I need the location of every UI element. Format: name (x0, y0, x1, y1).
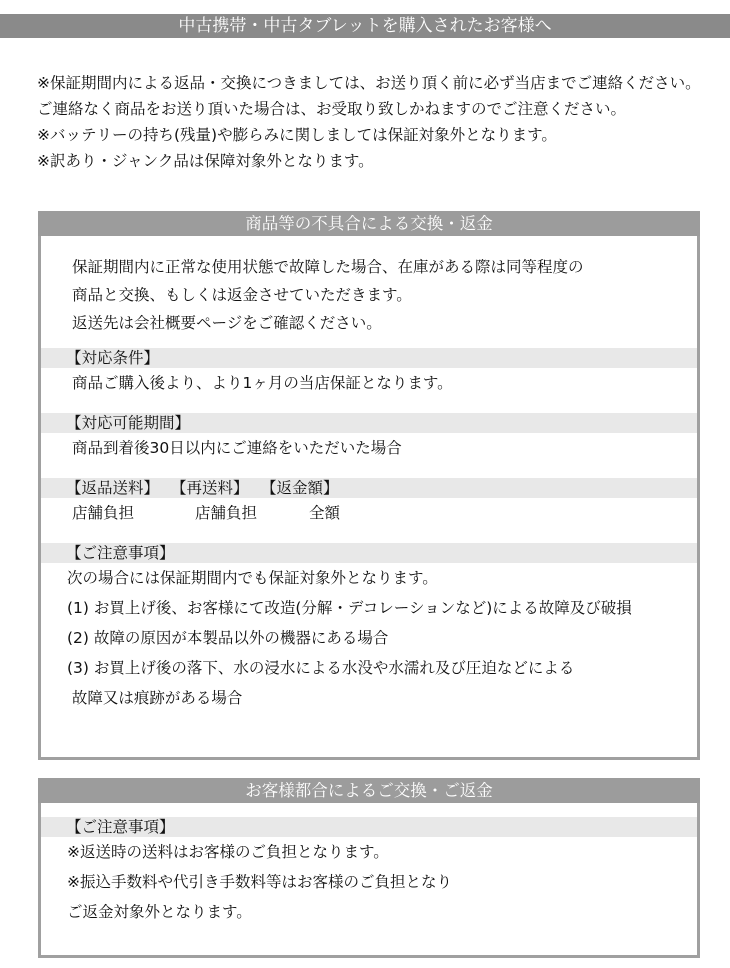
note-line: ※返送時の送料はお客様のご負担となります。 (41, 837, 697, 867)
customer-exchange-section: お客様都合によるご交換・ご返金 【ご注意事項】 ※返送時の送料はお客様のご負担と… (38, 778, 700, 958)
section-title: お客様都合によるご交換・ご返金 (38, 778, 700, 803)
refund-amount-value: 全額 (309, 498, 340, 528)
note-line: (1) お買上げ後、お客様にて改造(分解・デコレーションなど)による故障及び破損 (41, 593, 697, 623)
return-shipping-value: 店舗負担 (72, 498, 195, 528)
note-line: 故障又は痕跡がある場合 (41, 683, 697, 713)
period-label: 【対応可能期間】 (41, 413, 697, 433)
notes-label: 【ご注意事項】 (41, 817, 697, 837)
section-title: 商品等の不具合による交換・返金 (38, 211, 700, 236)
notice-line: ※保証期間内による返品・交換につきましては、お送り頂く前に必ず当店までご連絡くだ… (37, 70, 701, 96)
intro-line: 保証期間内に正常な使用状態で故障した場合、在庫がある際は同等程度の (41, 253, 697, 281)
notice-line: ご連絡なく商品をお送り頂いた場合は、お受取り致しかねますのでご注意ください。 (37, 96, 701, 122)
fees-labels: 【返品送料】【再送料】【返金額】 (41, 478, 697, 498)
intro-line: 返送先は会社概要ページをご確認ください。 (41, 309, 697, 337)
return-shipping-label: 【返品送料】 (66, 478, 171, 498)
intro-line: 商品と交換、もしくは返金させていただきます。 (41, 281, 697, 309)
note-line: ご返金対象外となります。 (41, 897, 697, 927)
refund-amount-label: 【返金額】 (261, 478, 339, 498)
notice-line: ※訳あり・ジャンク品は保障対象外となります。 (37, 148, 701, 174)
reshipping-value: 店舗負担 (195, 498, 309, 528)
notice-line: ※バッテリーの持ち(残量)や膨らみに関しましては保証対象外となります。 (37, 122, 701, 148)
notice-list: ※保証期間内による返品・交換につきましては、お送り頂く前に必ず当店までご連絡くだ… (37, 70, 701, 174)
period-text: 商品到着後30日以内にご連絡をいただいた場合 (41, 433, 697, 463)
note-line: (3) お買上げ後の落下、水の浸水による水没や水濡れ及び圧迫などによる (41, 653, 697, 683)
notes-label: 【ご注意事項】 (41, 543, 697, 563)
reshipping-label: 【再送料】 (171, 478, 261, 498)
fees-values: 店舗負担店舗負担全額 (41, 498, 697, 528)
conditions-text: 商品ご購入後より、より1ヶ月の当店保証となります。 (41, 368, 697, 398)
conditions-label: 【対応条件】 (41, 348, 697, 368)
defect-exchange-section: 商品等の不具合による交換・返金 保証期間内に正常な使用状態で故障した場合、在庫が… (38, 211, 700, 760)
note-line: 次の場合には保証期間内でも保証対象外となります。 (41, 563, 697, 593)
note-line: ※振込手数料や代引き手数料等はお客様のご負担となり (41, 867, 697, 897)
note-line: (2) 故障の原因が本製品以外の機器にある場合 (41, 623, 697, 653)
page-banner: 中古携帯・中古タブレットを購入されたお客様へ (0, 14, 730, 38)
